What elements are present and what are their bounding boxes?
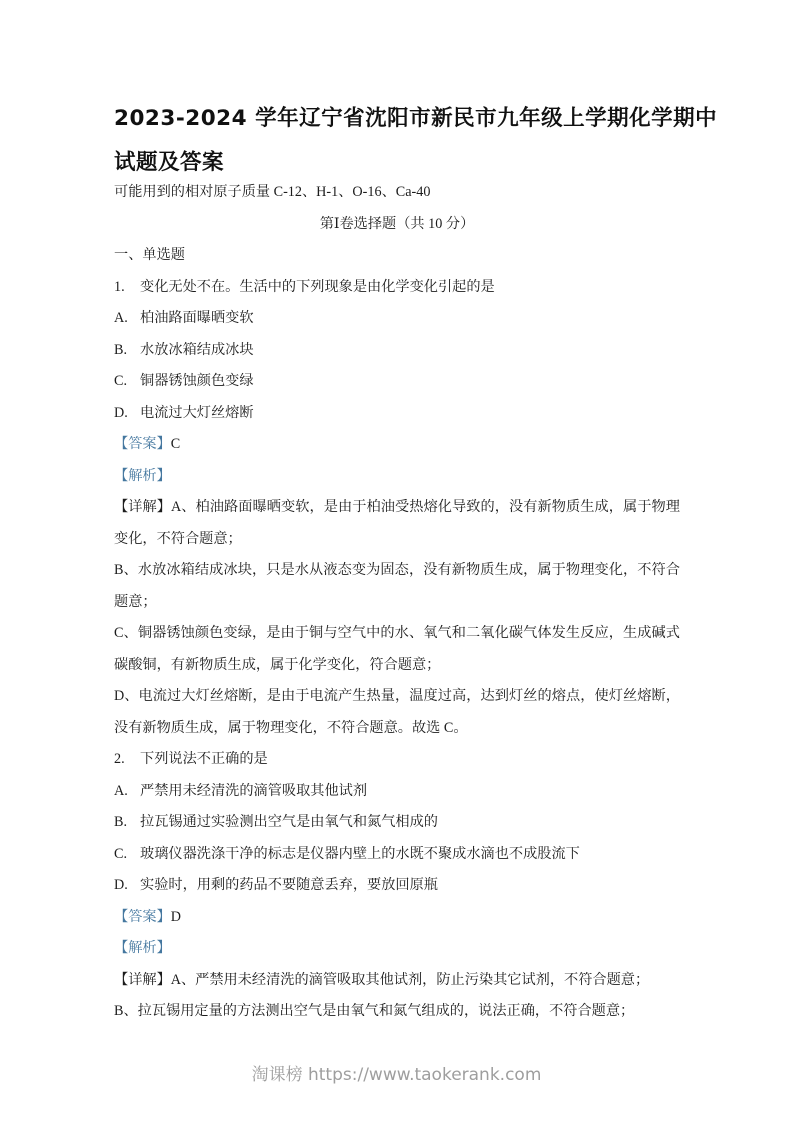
- answer-label: 【答案】: [114, 909, 171, 925]
- question-2-detail-b: B、拉瓦锡用定量的方法测出空气是由氧气和氮气组成的，说法正确，不符合题意；: [114, 996, 680, 1028]
- question-2-stem-row: 2.下列说法不正确的是: [114, 744, 680, 776]
- option-label: C.: [114, 839, 140, 871]
- question-2-detail-a: 【详解】A、严禁用未经清洗的滴管吸取其他试剂，防止污染其它试剂，不符合题意；: [114, 965, 680, 997]
- option-text: 玻璃仪器洗涤干净的标志是仪器内壁上的水既不聚成水滴也不成股流下: [140, 846, 580, 862]
- question-1-detail-d: D、电流过大灯丝熔断，是由于电流产生热量，温度过高，达到灯丝的熔点，使灯丝熔断，…: [114, 681, 680, 744]
- analysis-label: 【解析】: [114, 468, 171, 484]
- question-2-option-d: D.实验时，用剩的药品不要随意丢弃，要放回原瓶: [114, 870, 680, 902]
- question-2-number: 2.: [114, 744, 140, 776]
- question-1: 1.变化无处不在。生活中的下列现象是由化学变化引起的是 A.柏油路面曝晒变软 B…: [114, 272, 680, 745]
- question-2-analysis-row: 【解析】: [114, 933, 680, 965]
- question-2-stem-text: 下列说法不正确的是: [140, 751, 268, 767]
- option-label: D.: [114, 870, 140, 902]
- question-2-option-b: B.拉瓦锡通过实验测出空气是由氧气和氮气相成的: [114, 807, 680, 839]
- option-text: 实验时，用剩的药品不要随意丢弃，要放回原瓶: [140, 877, 438, 893]
- question-2-option-a: A.严禁用未经清洗的滴管吸取其他试剂: [114, 776, 680, 808]
- option-label: A.: [114, 303, 140, 335]
- question-1-option-d: D.电流过大灯丝熔断: [114, 398, 680, 430]
- question-1-option-c: C.铜器锈蚀颜色变绿: [114, 366, 680, 398]
- doc-title-line-1: 2023-2024 学年辽宁省沈阳市新民市九年级上学期化学期中: [114, 97, 680, 141]
- option-text: 电流过大灯丝熔断: [140, 405, 254, 421]
- option-label: B.: [114, 807, 140, 839]
- answer-label: 【答案】: [114, 436, 171, 452]
- answer-value: C: [171, 436, 180, 452]
- question-1-detail-a: 【详解】A、柏油路面曝晒变软，是由于柏油受热熔化导致的，没有新物质生成，属于物理…: [114, 492, 680, 555]
- analysis-label: 【解析】: [114, 940, 171, 956]
- option-label: B.: [114, 335, 140, 367]
- option-text: 柏油路面曝晒变软: [140, 310, 254, 326]
- option-text: 铜器锈蚀颜色变绿: [140, 373, 254, 389]
- section-heading: 一、单选题: [114, 240, 680, 272]
- option-text: 水放冰箱结成冰块: [140, 342, 254, 358]
- atomic-mass-note: 可能用到的相对原子质量 C-12、H-1、O-16、Ca-40: [114, 177, 680, 209]
- option-label: D.: [114, 398, 140, 430]
- question-1-detail-b: B、水放冰箱结成冰块，只是水从液态变为固态，没有新物质生成，属于物理变化，不符合…: [114, 555, 680, 618]
- question-1-option-a: A.柏油路面曝晒变软: [114, 303, 680, 335]
- option-text: 拉瓦锡通过实验测出空气是由氧气和氮气相成的: [140, 814, 438, 830]
- doc-title: 2023-2024 学年辽宁省沈阳市新民市九年级上学期化学期中 试题及答案: [114, 97, 680, 185]
- site-watermark: 淘课榜 https://www.taokerank.com: [0, 1060, 793, 1090]
- question-1-answer-row: 【答案】C: [114, 429, 680, 461]
- volume-heading: 第Ⅰ卷选择题（共 10 分）: [114, 209, 680, 241]
- question-1-detail-c: C、铜器锈蚀颜色变绿，是由于铜与空气中的水、氧气和二氧化碳气体发生反应，生成碱式…: [114, 618, 680, 681]
- question-1-number: 1.: [114, 272, 140, 304]
- question-1-stem-row: 1.变化无处不在。生活中的下列现象是由化学变化引起的是: [114, 272, 680, 304]
- question-2: 2.下列说法不正确的是 A.严禁用未经清洗的滴管吸取其他试剂 B.拉瓦锡通过实验…: [114, 744, 680, 1028]
- question-2-answer-row: 【答案】D: [114, 902, 680, 934]
- question-1-option-b: B.水放冰箱结成冰块: [114, 335, 680, 367]
- question-1-stem-text: 变化无处不在。生活中的下列现象是由化学变化引起的是: [140, 279, 495, 295]
- answer-value: D: [171, 909, 181, 925]
- option-text: 严禁用未经清洗的滴管吸取其他试剂: [140, 783, 367, 799]
- question-2-option-c: C.玻璃仪器洗涤干净的标志是仪器内壁上的水既不聚成水滴也不成股流下: [114, 839, 680, 871]
- question-1-analysis-row: 【解析】: [114, 461, 680, 493]
- exam-document-page: 2023-2024 学年辽宁省沈阳市新民市九年级上学期化学期中 试题及答案 可能…: [114, 97, 680, 1028]
- option-label: A.: [114, 776, 140, 808]
- option-label: C.: [114, 366, 140, 398]
